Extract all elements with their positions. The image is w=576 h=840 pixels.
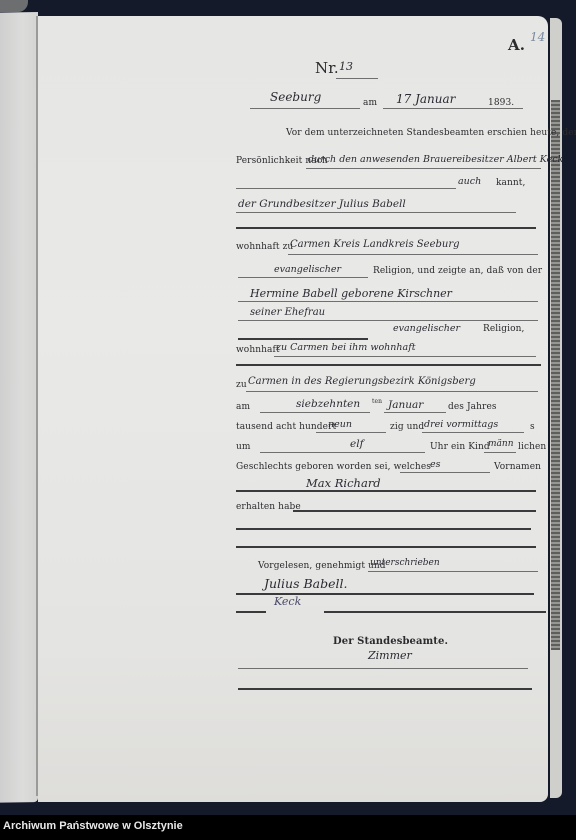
- book-cover-corner: [0, 0, 28, 12]
- section-rule-2: [236, 364, 541, 366]
- signature-witness-underline-left: [236, 611, 266, 613]
- names-underline: [236, 490, 536, 492]
- number-value: 13: [339, 60, 353, 73]
- scanned-register-image: A. 14 Nr. 13 Seeburg am 17 Januar 1893. …: [0, 0, 576, 815]
- signature-witness: Keck: [274, 595, 301, 608]
- approval-underline: [368, 571, 538, 572]
- residence-value-2: zu Carmen bei ihm wohnhaft: [276, 342, 416, 353]
- month-underline: [384, 412, 446, 413]
- identity-value-2-prefix: auch: [458, 176, 481, 187]
- birth-day-underline: [260, 412, 370, 413]
- registrar-signature-underline: [238, 668, 528, 669]
- registrar-heading: Der Standesbeamte.: [333, 636, 448, 647]
- page-stack-edge: [551, 100, 560, 650]
- article-underline: [400, 472, 490, 473]
- religion-value-1: evangelischer: [274, 264, 341, 275]
- section-rule-1: [236, 227, 536, 229]
- hour-value: elf: [350, 438, 363, 450]
- place-value: Seeburg: [270, 90, 321, 104]
- date-prefix: am: [363, 98, 377, 108]
- sex-underline: [484, 452, 516, 453]
- birth-day-prefix: am: [236, 402, 250, 412]
- number-label: Nr.: [315, 59, 339, 77]
- birth-day-value: siebzehnten: [296, 398, 360, 410]
- thousand-phrase: tausend acht hundert: [236, 422, 336, 432]
- signature-witness-underline-right: [324, 611, 546, 613]
- birthplace-prefix: zu: [236, 380, 247, 390]
- religion-underline-1: [238, 277, 368, 278]
- mother-underline-1: [238, 301, 538, 302]
- birthplace-underline: [246, 391, 538, 392]
- approval-value: unterschrieben: [370, 558, 440, 568]
- gender-phrase: Geschlechts geboren worden sei, welches: [236, 462, 431, 472]
- religion-and-report: Religion, und zeigte an, daß von der: [373, 266, 542, 276]
- date-underline: [383, 108, 523, 109]
- informant-line: der Grundbesitzer Julius Babell: [238, 198, 406, 210]
- hour-prefix: um: [236, 442, 251, 452]
- residence-underline-2: [274, 356, 536, 357]
- child-names: Max Richard: [306, 476, 381, 490]
- informant-underline: [236, 212, 516, 213]
- identity-value-1: durch den anwesenden Brauereibesitzer Al…: [308, 154, 563, 165]
- residence-value: Carmen Kreis Landkreis Seeburg: [290, 239, 460, 250]
- blank-rule-2: [236, 546, 536, 548]
- birth-register-page: A. 14 Nr. 13 Seeburg am 17 Januar 1893. …: [38, 16, 548, 802]
- decade-value: neun: [328, 419, 352, 430]
- intro-line: Vor dem unterzeichneten Standesbeamten e…: [286, 128, 576, 138]
- residence-label-2: wohnhaft: [236, 345, 280, 355]
- religion-underline-2a: [238, 338, 368, 340]
- identity-underline-2: [236, 188, 456, 189]
- signature-informant: Julius Babell.: [264, 576, 348, 591]
- place-underline: [250, 108, 360, 109]
- blank-rule-1: [236, 528, 531, 530]
- identity-underline-1: [306, 168, 541, 169]
- registrar-rule-2: [238, 688, 532, 690]
- birthplace-value: Carmen in des Regierungsbezirk Königsber…: [248, 376, 476, 387]
- mother-line-1: Hermine Babell geborene Kirschner: [250, 287, 452, 300]
- residence-underline: [288, 254, 538, 255]
- registrar-signature: Zimmer: [368, 649, 412, 662]
- time-suffix: s: [530, 422, 535, 432]
- date-value: 17 Januar: [396, 92, 455, 106]
- decade-suffix: zig und: [390, 422, 424, 432]
- number-underline: [336, 78, 378, 79]
- sex-suffix: lichen: [518, 442, 546, 452]
- article-value: es: [430, 459, 441, 470]
- hour-underline: [260, 452, 425, 453]
- religion-label-2: Religion,: [483, 324, 524, 334]
- received-underline: [293, 510, 536, 512]
- month-value: Januar: [388, 399, 423, 411]
- sex-value: männ: [488, 439, 514, 449]
- year-phrase: des Jahres: [448, 402, 497, 412]
- approval-label: Vorgelesen, genehmigt und: [258, 561, 386, 571]
- religion-value-2: evangelischer: [393, 323, 460, 334]
- month-prefix: ten: [372, 398, 382, 405]
- received-label: erhalten habe: [236, 502, 301, 512]
- form-letter: A.: [508, 36, 525, 54]
- child-phrase: Uhr ein Kind: [430, 442, 490, 452]
- time-of-day-value: drei vormittags: [424, 419, 498, 430]
- mother-underline-2: [238, 320, 538, 321]
- left-facing-page: [0, 12, 38, 803]
- mother-line-2: seiner Ehefrau: [250, 307, 325, 318]
- archive-caption: Archiwum Państwowe w Olsztynie: [3, 820, 183, 832]
- residence-label: wohnhaft zu: [236, 242, 293, 252]
- names-label: Vornamen: [494, 462, 541, 472]
- time-of-day-underline: [422, 432, 524, 433]
- decade-underline: [316, 432, 386, 433]
- year: 1893.: [488, 98, 514, 108]
- identity-suffix: kannt,: [496, 178, 526, 188]
- pencil-page-number: 14: [530, 30, 545, 44]
